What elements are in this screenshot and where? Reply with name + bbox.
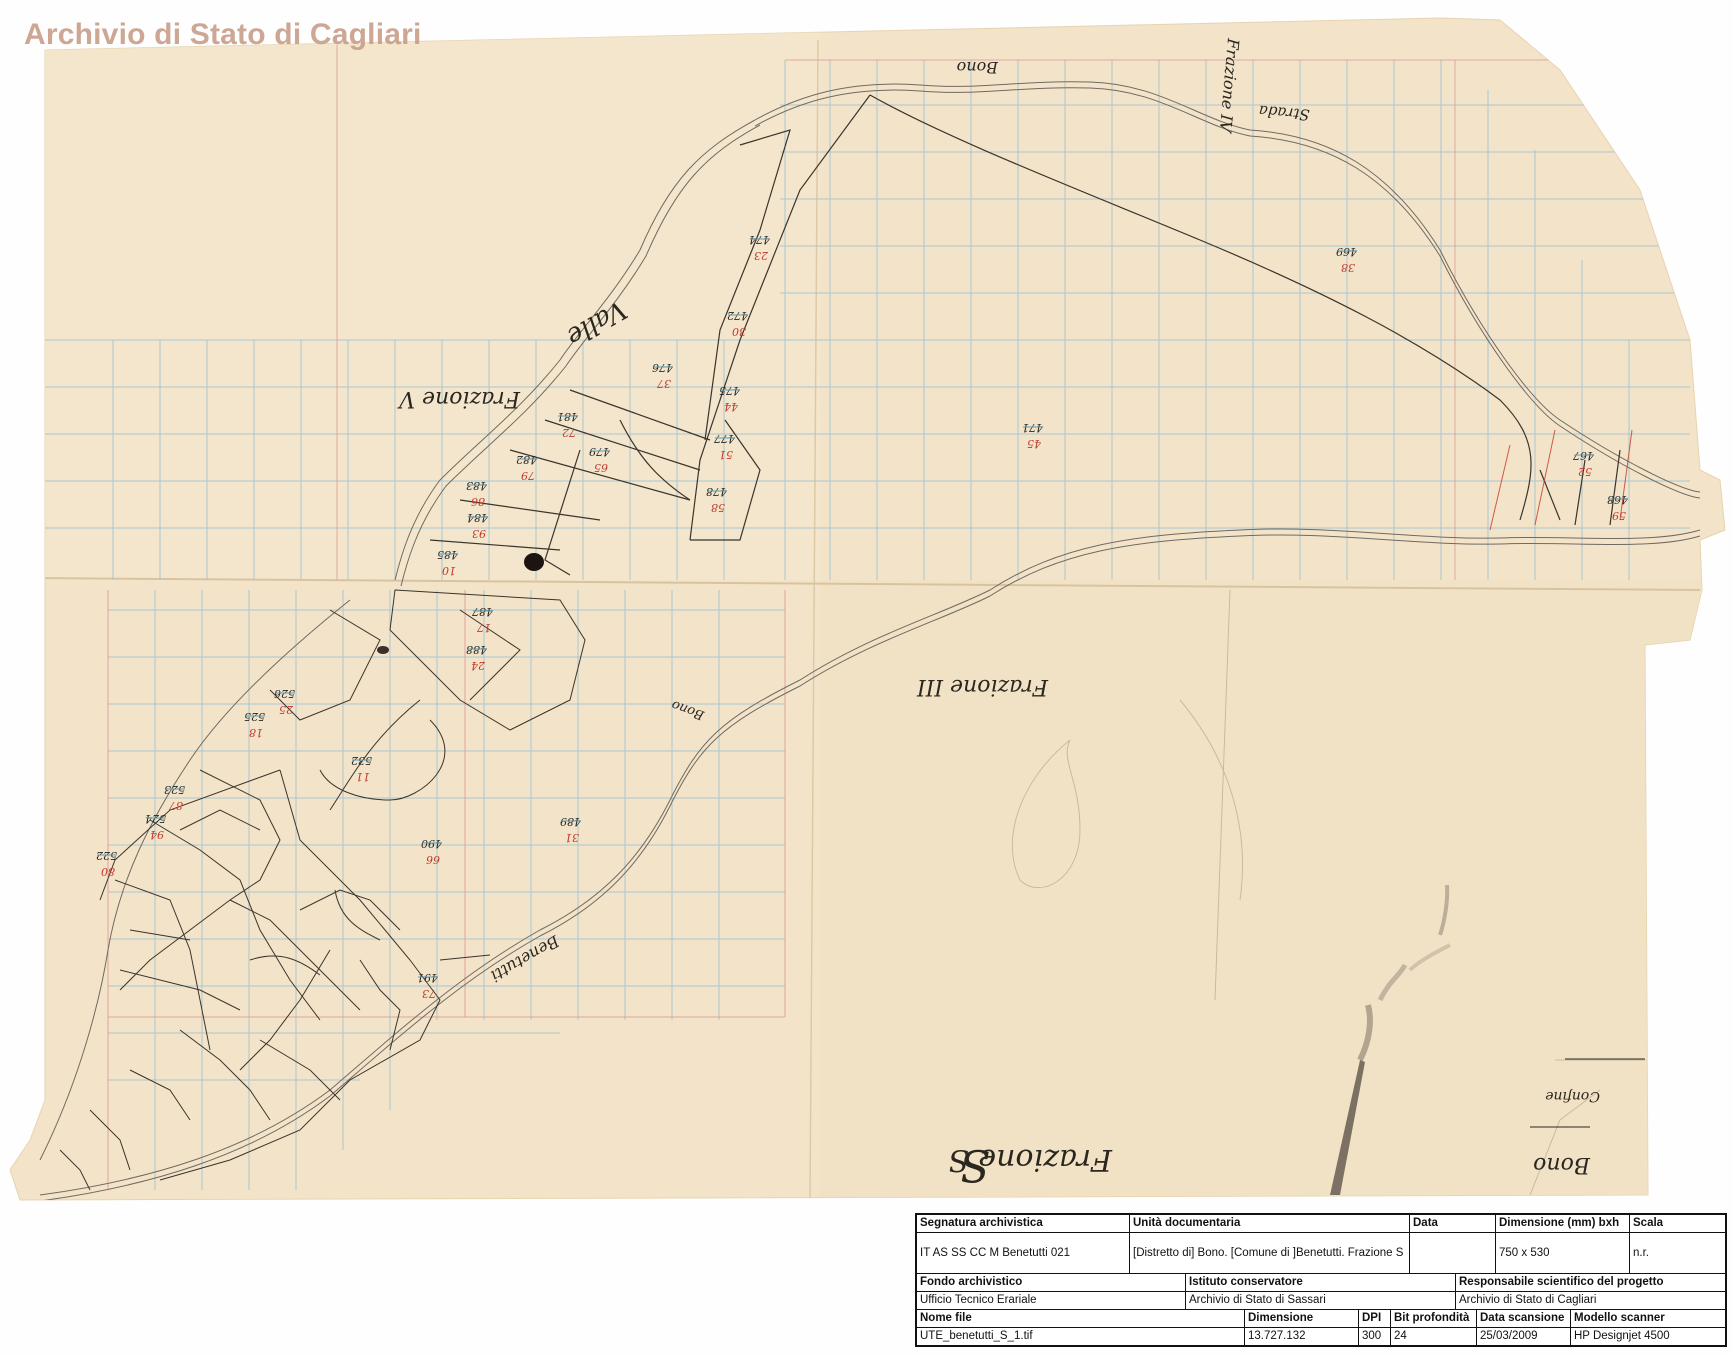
label-big-s: S	[960, 1139, 990, 1190]
label-bono-top: Bono	[957, 58, 999, 77]
header-data-scansione: Data scansione	[1476, 1310, 1570, 1327]
value-dpi: 300	[1358, 1328, 1390, 1345]
parcel-area-mark: 87	[169, 799, 183, 812]
value-responsabile: Archivio di Stato di Cagliari	[1455, 1292, 1725, 1309]
parcel-area-mark: 94	[150, 828, 164, 841]
parcel-area-mark: 65	[594, 461, 608, 474]
value-istituto: Archivio di Stato di Sassari	[1185, 1292, 1455, 1309]
parcel-area-mark: 45	[1027, 437, 1042, 450]
parcel-area-mark: 18	[249, 726, 263, 739]
value-data	[1409, 1233, 1495, 1273]
archive-watermark: Archivio di Stato di Cagliari	[24, 18, 422, 52]
value-scala: n.r.	[1629, 1233, 1725, 1273]
parcel-area-mark: 72	[562, 426, 576, 439]
cadastral-map: Frazione V Valle Bono Frazione IV Strada…	[0, 0, 1733, 1355]
parcel-area-mark: 37	[657, 377, 671, 390]
parcel-area-mark: 23	[754, 249, 769, 262]
label-frazione-v: Frazione V	[397, 386, 521, 411]
parcel-area-mark: 51	[719, 448, 733, 461]
parcel-area-mark: 11	[356, 770, 370, 783]
header-dimensione: Dimensione	[1244, 1310, 1358, 1327]
label-bono-right: Bono	[1533, 1152, 1591, 1177]
value-fondo: Ufficio Tecnico Erariale	[917, 1292, 1185, 1309]
value-bit: 24	[1390, 1328, 1476, 1345]
value-unita: [Distretto di] Bono. [Comune di ]Benetut…	[1129, 1233, 1409, 1273]
header-fondo: Fondo archivistico	[917, 1274, 1185, 1291]
header-istituto: Istituto conservatore	[1185, 1274, 1455, 1291]
header-unita: Unità documentaria	[1129, 1215, 1409, 1232]
parcel-area-mark: 66	[426, 853, 440, 866]
parcel-area-mark: 38	[1341, 261, 1355, 274]
parcel-area-mark: 73	[422, 987, 436, 1000]
parcel-area-mark: 86	[471, 495, 485, 508]
header-responsabile: Responsabile scientifico del progetto	[1455, 1274, 1725, 1291]
value-segnatura: IT AS SS CC M Benetutti 021	[917, 1233, 1129, 1273]
label-frazione-iii: Frazione III	[916, 674, 1049, 699]
value-data-scansione: 25/03/2009	[1476, 1328, 1570, 1345]
parcel-area-mark: 17	[477, 621, 491, 634]
value-modello: HP Designjet 4500	[1570, 1328, 1725, 1345]
parcel-area-mark: 31	[565, 831, 579, 844]
parcel-area-mark: 93	[472, 527, 486, 540]
value-dimensione: 13.727.132	[1244, 1328, 1358, 1345]
header-data: Data	[1409, 1215, 1495, 1232]
parcel-area-mark: 79	[521, 469, 535, 482]
parcel-area-mark: 25	[279, 703, 294, 716]
ink-blot	[524, 553, 544, 571]
parcel-area-mark: 58	[711, 501, 725, 514]
parcel-area-mark: 80	[101, 865, 115, 878]
label-confine: Confine	[1545, 1088, 1600, 1104]
parcel-area-mark: 30	[732, 325, 746, 338]
header-bit: Bit profondità	[1390, 1310, 1476, 1327]
header-scala: Scala	[1629, 1215, 1725, 1232]
value-nome-file: UTE_benetutti_S_1.tif	[917, 1328, 1244, 1345]
parcel-area-mark: 59	[1612, 509, 1626, 522]
header-dimensione-mm: Dimensione (mm) bxh	[1495, 1215, 1629, 1232]
parcel-area-mark: 10	[442, 564, 456, 577]
header-nome-file: Nome file	[917, 1310, 1244, 1327]
archival-metadata-table: Segnatura archivistica Unità documentari…	[915, 1213, 1727, 1347]
parcel-area-mark: 24	[471, 659, 486, 672]
header-segnatura: Segnatura archivistica	[917, 1215, 1129, 1232]
header-dpi: DPI	[1358, 1310, 1390, 1327]
value-dimensione-mm: 750 x 530	[1495, 1233, 1629, 1273]
parcel-area-mark: 44	[724, 400, 739, 413]
header-modello: Modello scanner	[1570, 1310, 1725, 1327]
parcel-area-mark: 52	[1578, 465, 1592, 478]
